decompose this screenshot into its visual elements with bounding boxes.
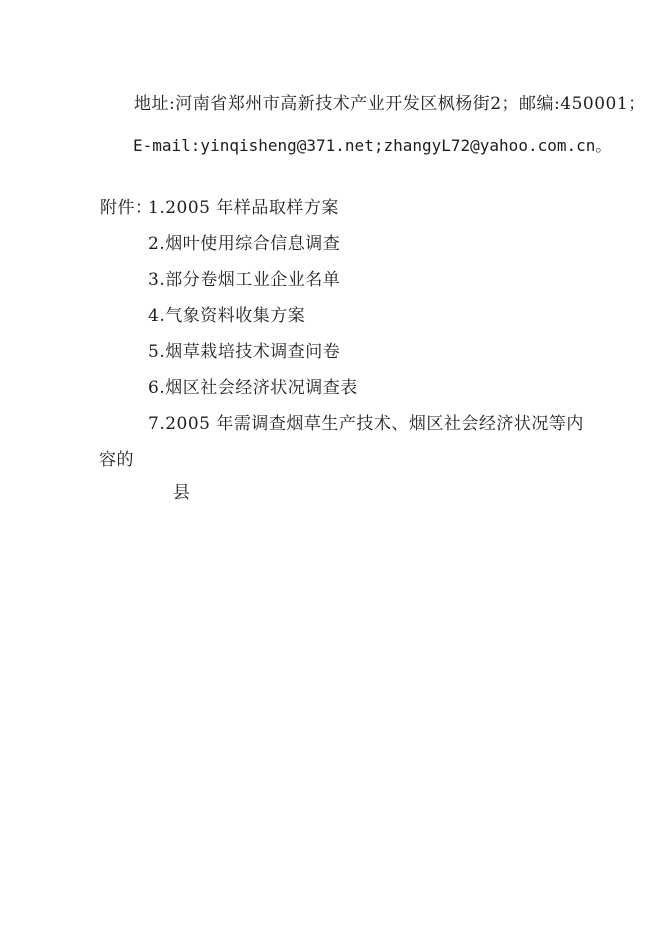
attachment-item-7-continuation: 容的 [99, 450, 134, 470]
attachment-item-7-tail: 县 [173, 483, 191, 503]
attachment-item-6: 6.烟区社会经济状况调查表 [148, 378, 358, 398]
attachment-item-1: 1.2005 年样品取样方案 [148, 198, 339, 218]
attachment-item-3: 3.部分卷烟工业企业名单 [148, 270, 340, 290]
email-line: E-mail:yinqisheng@371.net;zhangyL72@yaho… [133, 136, 611, 156]
attachment-item-7: 7.2005 年需调查烟草生产技术、烟区社会经济状况等内 [148, 414, 584, 434]
attachment-item-5: 5.烟草栽培技术调查问卷 [148, 342, 340, 362]
attachments-label: 附件： [100, 198, 153, 218]
document-page: 地址:河南省郑州市高新技术产业开发区枫杨街2；邮编:450001； E-mail… [0, 0, 662, 936]
attachment-item-2: 2.烟叶使用综合信息调查 [148, 234, 340, 254]
address-line: 地址:河南省郑州市高新技术产业开发区枫杨街2；邮编:450001； [134, 94, 646, 114]
attachment-item-4: 4.气象资料收集方案 [148, 306, 305, 326]
